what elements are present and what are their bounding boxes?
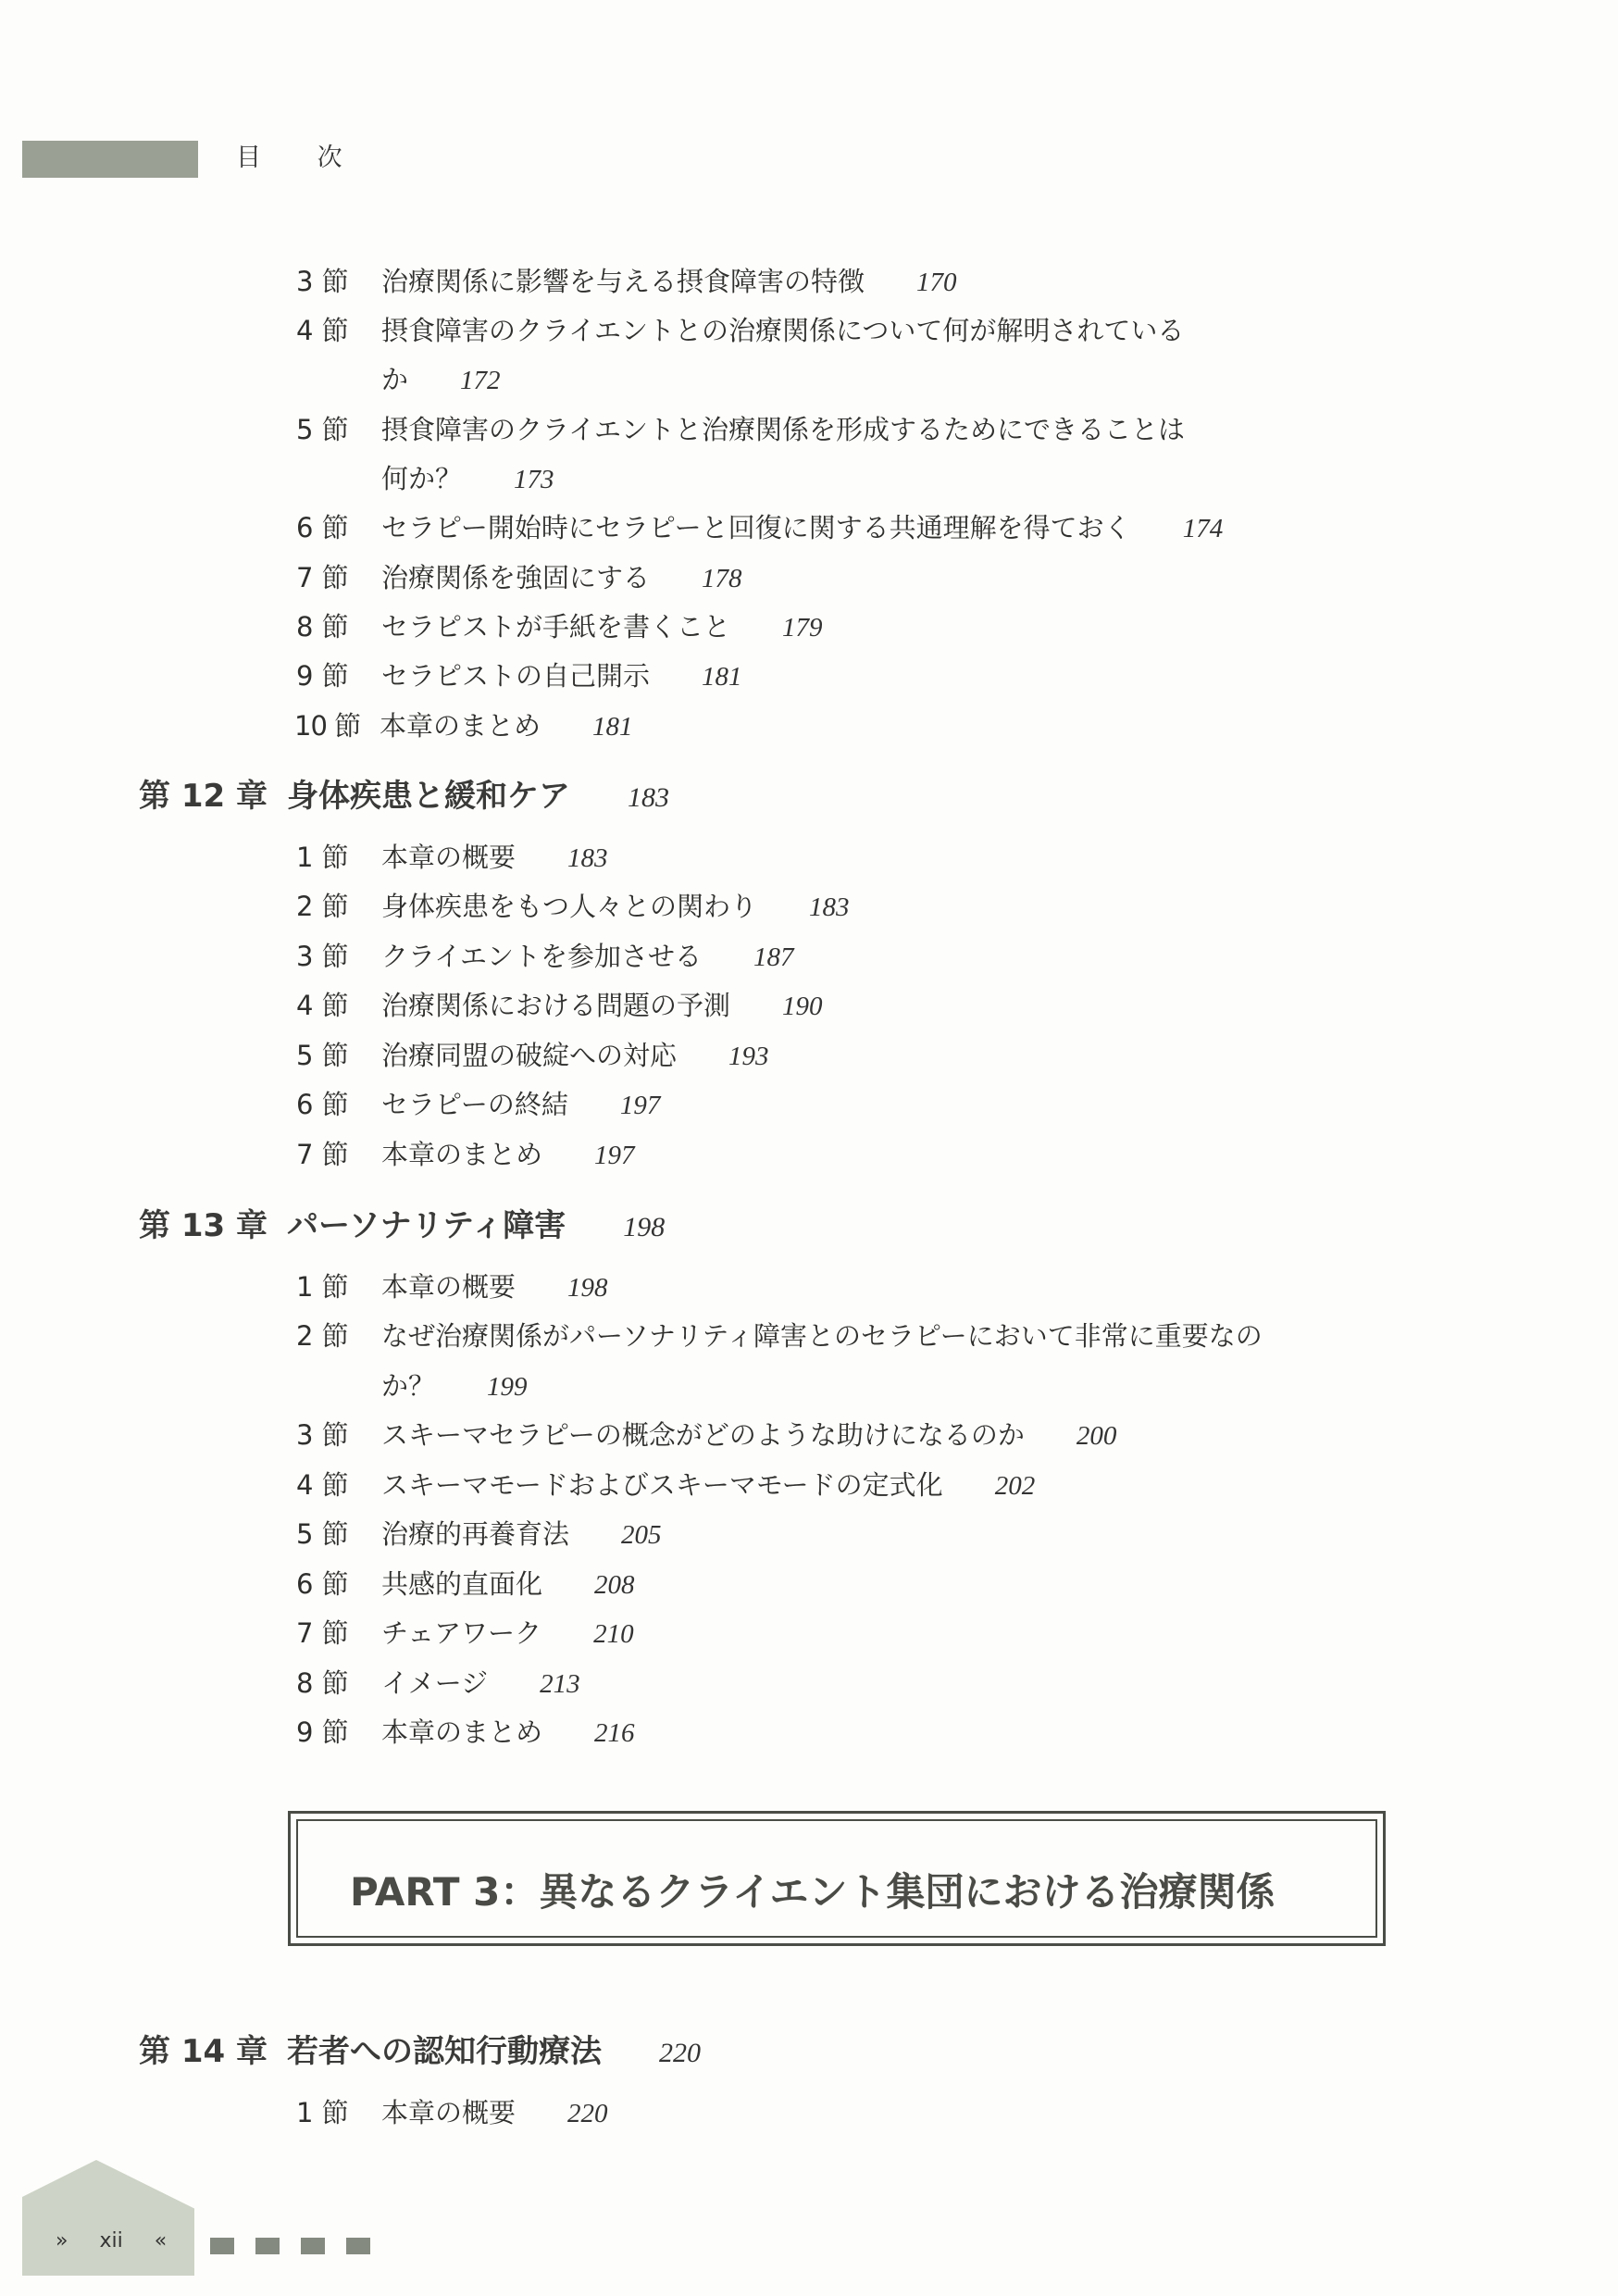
section-number: 8 節 <box>296 1663 381 1701</box>
section-title: 治療関係を強固にする <box>381 562 650 593</box>
page-number: 181 <box>592 712 633 742</box>
page-number: 205 <box>621 1520 662 1550</box>
section-title: スキーマセラピーの概念がどのような助けになるのか <box>381 1419 1025 1451</box>
section-title: 摂食障害のクライエントと治療関係を形成するためにできることは <box>381 414 1185 445</box>
toc-section-entry[interactable]: 3 節スキーマセラピーの概念がどのような助けになるのか200 <box>296 1415 1116 1453</box>
page-number: 210 <box>593 1619 634 1649</box>
page-number: 190 <box>782 992 823 1021</box>
section-title-continuation: か <box>381 364 408 395</box>
page-number: 202 <box>995 1471 1036 1501</box>
chapter-number: 第 13 章 <box>139 1200 287 1245</box>
section-number: 7 節 <box>296 1134 381 1172</box>
part-heading-title[interactable]: PART 3：異なるクライエント集団における治療関係 <box>350 1862 1275 1917</box>
page-number: 178 <box>702 564 742 593</box>
page-number: 200 <box>1077 1421 1117 1451</box>
toc-section-entry[interactable]: 7 節本章のまとめ197 <box>296 1134 635 1172</box>
section-number: 5 節 <box>296 409 381 447</box>
page-number: 187 <box>753 942 794 972</box>
footer-pentagon-decoration <box>22 2160 194 2276</box>
section-title: 治療同盟の破綻への対応 <box>381 1040 677 1071</box>
section-number: 2 節 <box>296 886 381 924</box>
toc-chapter-13[interactable]: 第 13 章パーソナリティ障害198 <box>139 1200 665 1245</box>
footer-square-decoration <box>255 2238 280 2254</box>
section-number: 1 節 <box>296 2092 381 2130</box>
toc-section-entry[interactable]: 1 節本章の概要198 <box>296 1267 608 1304</box>
section-title: イメージ <box>381 1667 488 1699</box>
page-number: 197 <box>594 1141 635 1170</box>
section-title: 摂食障害のクライエントとの治療関係について何が解明されている <box>381 315 1184 346</box>
section-number: 4 節 <box>296 1465 381 1503</box>
toc-section-entry[interactable]: 6 節共感的直面化208 <box>296 1564 635 1602</box>
toc-section-entry[interactable]: 4 節スキーマモードおよびスキーマモードの定式化202 <box>296 1465 1035 1503</box>
toc-chapter-14[interactable]: 第 14 章若者への認知行動療法220 <box>139 2026 701 2071</box>
chapter-number: 第 12 章 <box>139 770 287 816</box>
toc-section-entry[interactable]: 5 節治療同盟の破綻への対応193 <box>296 1035 769 1073</box>
right-double-angle-icon: » <box>56 2229 68 2252</box>
page-number: 193 <box>728 1042 769 1071</box>
toc-section-entry[interactable]: 2 節身体疾患をもつ人々との関わり183 <box>296 886 850 924</box>
footer-square-decoration <box>346 2238 370 2254</box>
section-title: 本章のまとめ <box>380 710 541 742</box>
toc-section-entry[interactable]: 3 節クライエントを参加させる187 <box>296 936 793 974</box>
toc-section-entry[interactable]: 6 節セラピーの終結197 <box>296 1084 660 1122</box>
header-decoration-bar <box>22 141 198 178</box>
section-title: スキーマモードおよびスキーマモードの定式化 <box>381 1469 943 1501</box>
chapter-title: 身体疾患と緩和ケア <box>287 778 570 815</box>
section-title: クライエントを参加させる <box>381 941 702 972</box>
page-number: 183 <box>567 843 608 873</box>
section-number: 10 節 <box>294 705 380 743</box>
part-heading-frame: PART 3：異なるクライエント集団における治療関係 <box>288 1811 1386 1946</box>
page-number: 198 <box>567 1273 608 1303</box>
section-number: 6 節 <box>296 1564 381 1602</box>
toc-section-continuation[interactable]: か？199 <box>381 1366 528 1404</box>
section-number: 8 節 <box>296 606 381 644</box>
section-title: なぜ治療関係がパーソナリティ障害とのセラピーにおいて非常に重要なの <box>381 1320 1263 1352</box>
part-heading-inner-frame: PART 3：異なるクライエント集団における治療関係 <box>296 1819 1377 1938</box>
section-title: 共感的直面化 <box>381 1568 542 1600</box>
section-title: 本章の概要 <box>381 1271 516 1303</box>
section-number: 3 節 <box>296 261 381 299</box>
section-title: 治療的再養育法 <box>381 1518 569 1550</box>
toc-section-entry[interactable]: 8 節イメージ213 <box>296 1663 580 1701</box>
page-number: 183 <box>809 892 850 922</box>
section-number: 9 節 <box>296 655 381 693</box>
section-title-continuation: か？ <box>381 1370 435 1402</box>
section-title: セラピーの終結 <box>381 1089 568 1120</box>
page-number: 181 <box>702 662 742 692</box>
section-number: 6 節 <box>296 507 381 545</box>
toc-section-entry[interactable]: 10 節本章のまとめ181 <box>294 705 633 743</box>
section-title: 本章のまとめ <box>381 1139 542 1170</box>
toc-chapter-12[interactable]: 第 12 章身体疾患と緩和ケア183 <box>139 770 669 816</box>
page-number: 197 <box>620 1091 661 1120</box>
section-number: 1 節 <box>296 837 381 875</box>
toc-section-entry[interactable]: 5 節治療的再養育法205 <box>296 1514 662 1552</box>
footer-square-decoration <box>301 2238 325 2254</box>
page-number: 170 <box>916 268 957 297</box>
section-number: 5 節 <box>296 1035 381 1073</box>
toc-section-entry[interactable]: 4 節治療関係における問題の予測190 <box>296 985 823 1023</box>
section-number: 3 節 <box>296 1415 381 1453</box>
page-number: 172 <box>460 366 501 395</box>
toc-section-entry[interactable]: 2 節なぜ治療関係がパーソナリティ障害とのセラピーにおいて非常に重要なの <box>296 1316 1263 1354</box>
section-number: 6 節 <box>296 1084 381 1122</box>
page-number: 173 <box>514 465 554 494</box>
section-title: チェアワーク <box>381 1617 541 1649</box>
page-number: 179 <box>782 613 823 643</box>
page-number: 216 <box>594 1718 635 1748</box>
toc-section-entry[interactable]: 8 節セラピストが手紙を書くこと179 <box>296 606 823 644</box>
section-title: 本章の概要 <box>381 2097 516 2128</box>
page-number: 199 <box>487 1372 528 1402</box>
toc-section-entry[interactable]: 1 節本章の概要183 <box>296 837 608 875</box>
page-number: 174 <box>1183 514 1224 543</box>
section-title: 本章のまとめ <box>381 1716 542 1748</box>
toc-section-entry[interactable]: 1 節本章の概要220 <box>296 2092 608 2130</box>
page-number: 220 <box>567 2099 608 2128</box>
section-title: セラピストの自己開示 <box>381 660 650 692</box>
toc-section-entry[interactable]: 6 節セラピー開始時にセラピーと回復に関する共通理解を得ておく174 <box>296 507 1223 545</box>
toc-section-continuation[interactable]: か172 <box>381 359 501 397</box>
page-number: 220 <box>659 2038 701 2068</box>
chapter-title: パーソナリティ障害 <box>287 1207 566 1244</box>
section-number: 9 節 <box>296 1712 381 1750</box>
page-header-title: 目 次 <box>236 137 367 173</box>
left-double-angle-icon: « <box>155 2229 167 2252</box>
section-title-continuation: 何か？ <box>381 463 462 494</box>
section-number: 4 節 <box>296 310 381 348</box>
section-title: セラピー開始時にセラピーと回復に関する共通理解を得ておく <box>381 512 1131 543</box>
page-number-roman: xii <box>99 2229 122 2252</box>
toc-section-continuation[interactable]: 何か？173 <box>381 458 554 496</box>
section-title: 治療関係における問題の予測 <box>381 990 730 1021</box>
section-number: 5 節 <box>296 1514 381 1552</box>
toc-section-entry[interactable]: 7 節治療関係を強固にする178 <box>296 557 742 595</box>
page-number: 208 <box>594 1570 635 1600</box>
section-title: 本章の概要 <box>381 842 516 873</box>
toc-section-entry[interactable]: 4 節摂食障害のクライエントとの治療関係について何が解明されている <box>296 310 1184 348</box>
section-number: 7 節 <box>296 557 381 595</box>
toc-section-entry[interactable]: 3 節治療関係に影響を与える摂食障害の特徴170 <box>296 261 957 299</box>
toc-section-entry[interactable]: 9 節セラピストの自己開示181 <box>296 655 742 693</box>
section-number: 4 節 <box>296 985 381 1023</box>
chapter-title: 若者への認知行動療法 <box>287 2033 602 2070</box>
toc-section-entry[interactable]: 5 節摂食障害のクライエントと治療関係を形成するためにできることは <box>296 409 1185 447</box>
section-number: 3 節 <box>296 936 381 974</box>
page-number: 183 <box>628 782 669 813</box>
toc-section-entry[interactable]: 9 節本章のまとめ216 <box>296 1712 635 1750</box>
section-number: 1 節 <box>296 1267 381 1304</box>
footer-page-indicator: »xii« <box>56 2229 198 2252</box>
toc-section-entry[interactable]: 7 節チェアワーク210 <box>296 1613 634 1651</box>
section-number: 2 節 <box>296 1316 381 1354</box>
section-title: 治療関係に影響を与える摂食障害の特徴 <box>381 266 865 297</box>
section-title: セラピストが手紙を書くこと <box>381 611 730 643</box>
footer-square-decoration <box>210 2238 234 2254</box>
page-number: 198 <box>623 1212 665 1242</box>
page-number: 213 <box>540 1669 580 1699</box>
section-number: 7 節 <box>296 1613 381 1651</box>
chapter-number: 第 14 章 <box>139 2026 287 2071</box>
section-title: 身体疾患をもつ人々との関わり <box>381 891 757 922</box>
